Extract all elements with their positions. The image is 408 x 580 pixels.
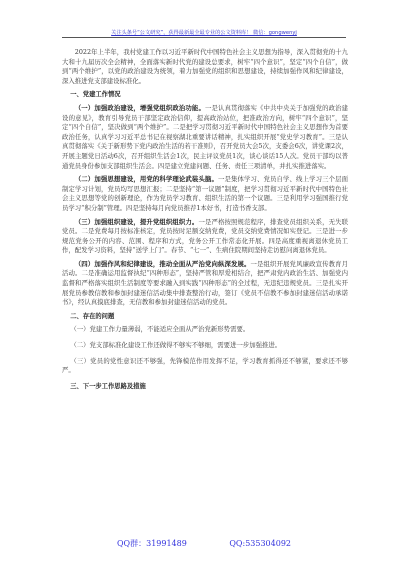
problem-item-2: （二）党支部标准化建设工作还做得不够实不够细，需要进一步加强推进。 [62,341,348,351]
item-text: 一是认真贯彻落实《中共中央关于加强党的政治建设的意见》，教育引导党员干部坚定政治… [62,104,348,170]
contact-footer: QQ群：31991489 QQ:535304092 [0,538,408,549]
document-body: 2022年上半年，我村党建工作以习近平新时代中国特色社会主义思想为指导，深入贯彻… [62,48,348,395]
item-heading: （二）加强思想建设，用党的科学理论武装头脑。 [75,175,218,183]
section1-item-4: （四）加强作风和纪律建设，推动全面从严治党向纵深发展。一是组织开展党风廉政宣传教… [62,260,348,308]
item-heading: （一）加强政治建设，增强党组织政治功能。 [75,104,205,112]
section1-item-3: （三）加强组织建设，提升党组织组织力。一是严格按照规范程序，排查党员组织关系，无… [62,218,348,256]
item-heading: （三）加强组织建设，提升党组织组织力。 [75,218,199,226]
item-heading: （四）加强作风和纪律建设，推动全面从严治党向纵深发展。 [75,260,251,268]
qq-group: QQ群：31991489 [117,539,187,548]
document-page: 关注头条号“公文研究”，获得最新最全最专业的公文资料库！ 微信：gongweny… [0,0,408,580]
section-title-1: 一、党建工作情况 [62,90,348,100]
section-title-2: 二、存在的问题 [62,312,348,322]
promo-link[interactable]: 关注头条号“公文研究”，获得最新最全最专业的公文资料库！ 微信：gongweny… [111,30,297,36]
intro-paragraph: 2022年上半年，我村党建工作以习近平新时代中国特色社会主义思想为指导，深入贯彻… [62,48,348,86]
qq-number: QQ:535304092 [229,539,291,548]
section1-item-2: （二）加强思想建设，用党的科学理论武装头脑。一是集体学习、党员自学、线上学习三个… [62,175,348,213]
problem-item-1: （一）党建工作力量薄弱，不能适应全面从严治党新形势需要。 [62,325,348,335]
problem-item-3: （三）党员的党性意识还不够强，先锋模范作用发挥不足，学习教育抓得还不够紧，要求还… [62,357,348,376]
section-title-3: 三、下一步工作思路及措施 [62,382,348,392]
promo-header[interactable]: 关注头条号“公文研究”，获得最新最全最专业的公文资料库！ 微信：gongweny… [62,29,346,38]
section1-item-1: （一）加强政治建设，增强党组织政治功能。一是认真贯彻落实《中共中央关于加强党的政… [62,104,348,171]
